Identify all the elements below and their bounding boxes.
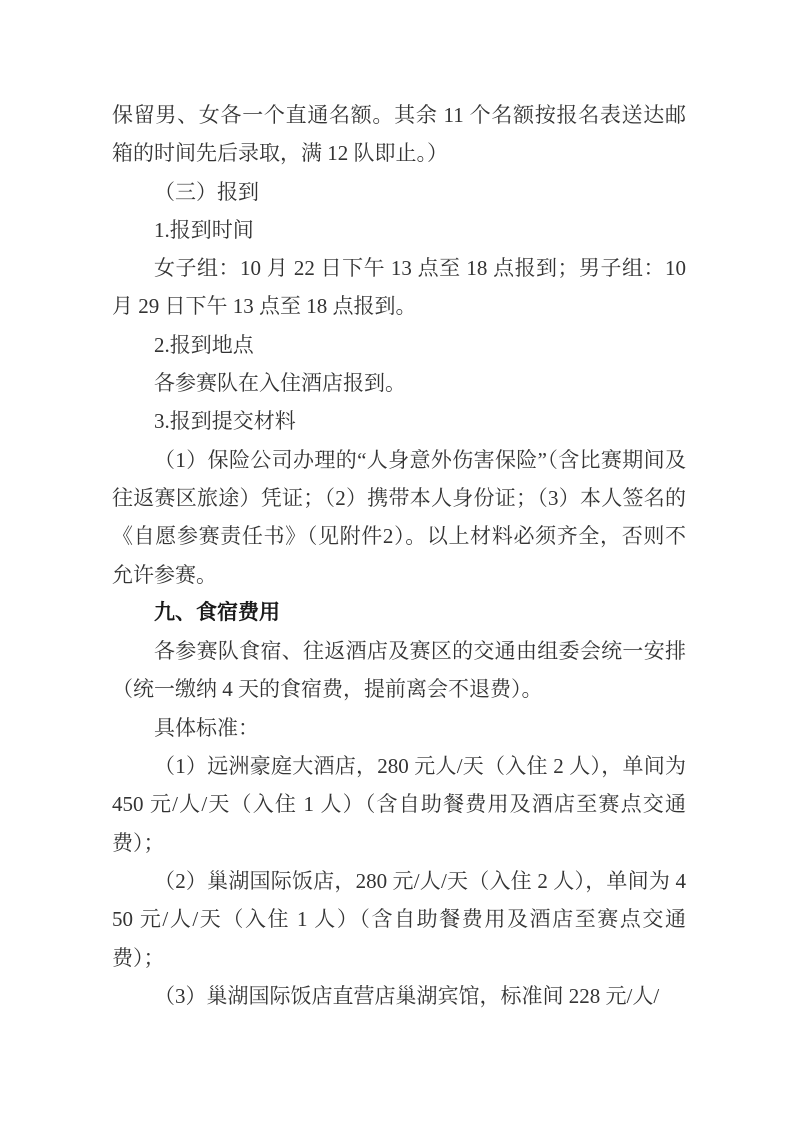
- paragraph: 1.报到时间: [112, 211, 686, 249]
- paragraph: （3）巢湖国际饭店直营店巢湖宾馆，标准间 228 元/人/: [112, 977, 686, 1015]
- paragraph: （2）巢湖国际饭店，280 元/人/天（入住 2 人），单间为 450 元/人/…: [112, 862, 686, 977]
- paragraph: （1）保险公司办理的“人身意外伤害保险”（含比赛期间及往返赛区旅途）凭证；（2）…: [112, 441, 686, 594]
- paragraph: 2.报到地点: [112, 326, 686, 364]
- paragraph: （1）远洲豪庭大酒店，280 元人/天（入住 2 人），单间为 450 元/人/…: [112, 747, 686, 862]
- document-content: 保留男、女各一个直通名额。其余 11 个名额按报名表送达邮箱的时间先后录取，满 …: [112, 96, 686, 1015]
- paragraph: 各参赛队食宿、往返酒店及赛区的交通由组委会统一安排（统一缴纳 4 天的食宿费，提…: [112, 632, 686, 709]
- paragraph: 女子组：10 月 22 日下午 13 点至 18 点报到；男子组：10 月 29…: [112, 249, 686, 326]
- paragraph: 3.报到提交材料: [112, 402, 686, 440]
- paragraph: 各参赛队在入住酒店报到。: [112, 364, 686, 402]
- paragraph: 保留男、女各一个直通名额。其余 11 个名额按报名表送达邮箱的时间先后录取，满 …: [112, 96, 686, 173]
- paragraph: （三）报到: [112, 173, 686, 211]
- document-page: 保留男、女各一个直通名额。其余 11 个名额按报名表送达邮箱的时间先后录取，满 …: [0, 0, 799, 1131]
- paragraph: 具体标准：: [112, 709, 686, 747]
- section-heading: 九、食宿费用: [112, 594, 686, 632]
